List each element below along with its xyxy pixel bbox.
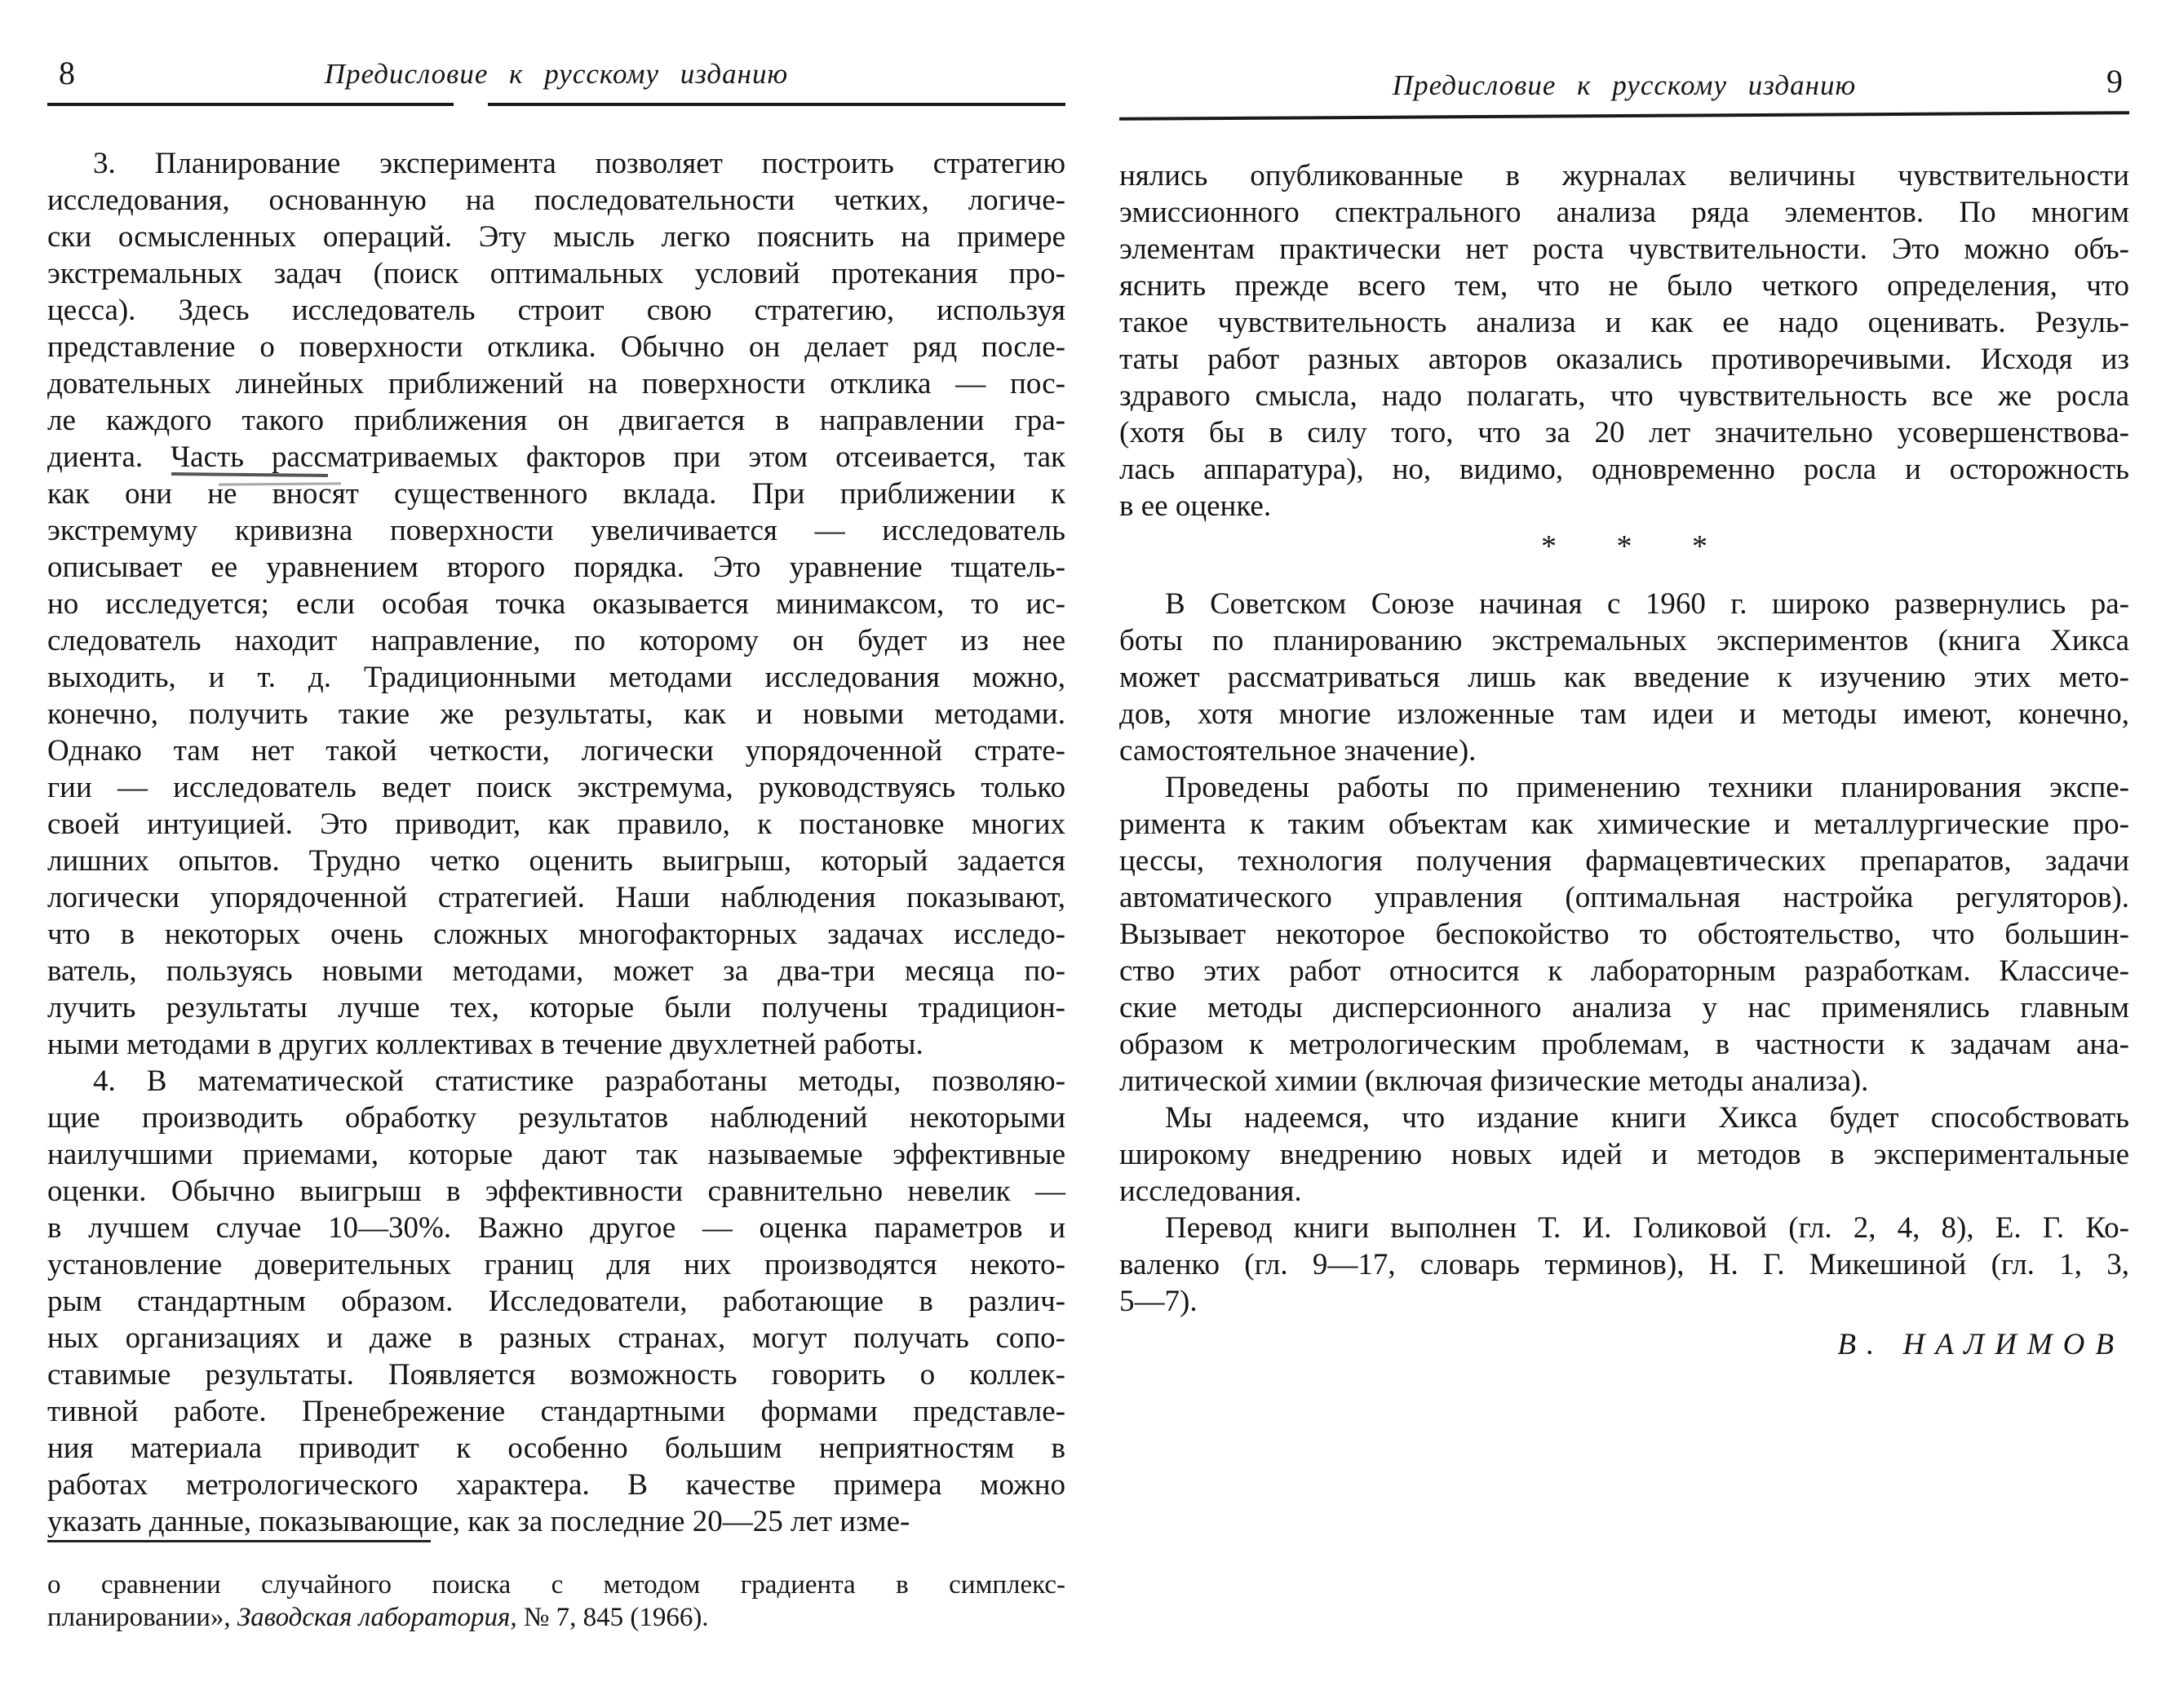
book-page-left: 8 Предисловие к русскому изданию 3. План… (47, 0, 1065, 1708)
running-header-title: Предисловие к русскому изданию (47, 57, 1065, 91)
text-line: что в некоторых очень сложных многофакто… (47, 916, 1065, 953)
text-line: как они не вносят существенного вклада. … (47, 476, 1065, 512)
text-line: ными методами в других коллективах в теч… (47, 1026, 1065, 1063)
journal-title: Заводская лаборатория, (237, 1603, 517, 1632)
text-line: ски осмысленных операций. Эту мысль легк… (47, 219, 1065, 255)
text-line: широкому внедрению новых идей и методов … (1119, 1136, 2129, 1173)
body-text: нялись опубликованные в журналах величин… (1119, 157, 2129, 1363)
text-line: исследования. (1119, 1173, 2129, 1210)
text-line: ния материала приводит к особенно больши… (47, 1430, 1065, 1467)
body-text: 3. Планирование эксперимента позволяет п… (47, 145, 1065, 1540)
footnote-text: планировании», (47, 1603, 237, 1632)
book-page-right: Предисловие к русскому изданию 9 нялись … (1119, 0, 2129, 1708)
header-rule (47, 103, 454, 106)
paragraph: В Советском Союзе начиная с 1960 г. широ… (1119, 586, 2129, 769)
text-line: ватель, пользуясь новыми методами, может… (47, 953, 1065, 989)
text-line: гии — исследователь ведет поиск экстрему… (47, 769, 1065, 806)
text-line: здравого смысла, надо полагать, что чувс… (1119, 378, 2129, 414)
footnote: о сравнении случайного поиска с методом … (47, 1540, 1065, 1634)
paragraph: 4. В математической статистике разработа… (47, 1063, 1065, 1540)
text-line: может рассматриваться лишь как введение … (1119, 659, 2129, 696)
text-line: но исследуется; если особая точка оказыв… (47, 586, 1065, 622)
paragraph: Проведены работы по применению техники п… (1119, 769, 2129, 1100)
text-line: эмиссионного спектрального анализа ряда … (1119, 194, 2129, 231)
text-line: лишних опытов. Трудно четко оценить выиг… (47, 843, 1065, 879)
text-line: тивной работе. Пренебрежение стандартным… (47, 1393, 1065, 1430)
text-line: лась аппаратура), но, видимо, одновремен… (1119, 451, 2129, 488)
main-text-block: В Советском Союзе начиная с 1960 г. широ… (1119, 586, 2129, 1320)
text-line: логически упорядоченной стратегией. Наши… (47, 879, 1065, 916)
text-line: лучить результаты лучше тех, которые был… (47, 989, 1065, 1026)
text-line: ские методы дисперсионного анализа у нас… (1119, 989, 2129, 1026)
footnote-reference: № 7, 845 (1966). (517, 1603, 709, 1632)
text-line: самостоятельное значение). (1119, 732, 2129, 769)
text-line: яснить прежде всего тем, что не было чет… (1119, 268, 2129, 304)
text-line: цесса). Здесь исследователь строит свою … (47, 292, 1065, 329)
translator-signature: В. НАЛИМОВ (1119, 1326, 2129, 1363)
paragraph: 3. Планирование эксперимента позволяет п… (47, 145, 1065, 1063)
text-line: 3. Планирование эксперимента позволяет п… (47, 145, 1065, 182)
text-line: в ее оценке. (1119, 488, 2129, 524)
footnote-line: планировании», Заводская лаборатория, № … (47, 1601, 1065, 1634)
page-number: 9 (2106, 64, 2123, 100)
text-line: выходить, и т. д. Традиционными методами… (47, 659, 1065, 696)
text-line: ство этих работ относится к лабораторным… (1119, 953, 2129, 989)
text-line: боты по планированию экстремальных экспе… (1119, 622, 2129, 659)
text-line: нялись опубликованные в журналах величин… (1119, 157, 2129, 194)
text-line: установление доверительных границ для ни… (47, 1246, 1065, 1283)
text-line: рым стандартным образом. Исследователи, … (47, 1283, 1065, 1320)
text-line: диента. Часть рассматриваемых факторов п… (47, 439, 1065, 476)
continued-text-block: нялись опубликованные в журналах величин… (1119, 157, 2129, 524)
text-line: ных организациях и даже в разных странах… (47, 1320, 1065, 1356)
text-line: исследования, основанную на последовател… (47, 182, 1065, 219)
text-line: в лучшем случае 10—30%. Важно другое — о… (47, 1210, 1065, 1246)
text-line: таты работ разных авторов оказались прот… (1119, 341, 2129, 378)
footnote-line: о сравнении случайного поиска с методом … (47, 1569, 1065, 1601)
text-line: элементам практически нет роста чувствит… (1119, 231, 2129, 268)
text-line: экстремуму кривизна поверхности увеличив… (47, 512, 1065, 549)
text-line: экстремальных задач (поиск оптимальных у… (47, 255, 1065, 292)
text-line: конечно, получить такие же результаты, к… (47, 696, 1065, 732)
paragraph: Перевод книги выполнен Т. И. Голиковой (… (1119, 1210, 2129, 1320)
text-line: Проведены работы по применению техники п… (1119, 769, 2129, 806)
header-rule (1119, 111, 2129, 121)
header-rule (488, 103, 1065, 106)
text-line: указать данные, показывающие, как за пос… (47, 1503, 1065, 1540)
text-line: автоматического управления (оптимальная … (1119, 879, 2129, 916)
text-line: дов, хотя многие изложенные там идеи и м… (1119, 696, 2129, 732)
running-header-title: Предисловие к русскому изданию (1119, 69, 2129, 103)
text-line: довательных линейных приближений на пове… (47, 365, 1065, 402)
text-line: Перевод книги выполнен Т. И. Голиковой (… (1119, 1210, 2129, 1246)
text-line: щие производить обработку результатов на… (47, 1100, 1065, 1136)
text-line: образом к метрологическим проблемам, в ч… (1119, 1026, 2129, 1063)
paragraph: Мы надеемся, что издание книги Хикса буд… (1119, 1100, 2129, 1210)
text-line: 4. В математической статистике разработа… (47, 1063, 1065, 1100)
paragraph: нялись опубликованные в журналах величин… (1119, 157, 2129, 524)
text-line: римента к таким объектам как химические … (1119, 806, 2129, 843)
text-line: литической химии (включая физические мет… (1119, 1063, 2129, 1100)
text-line: такое чувствительность анализа и как ее … (1119, 304, 2129, 341)
text-line: ле каждого такого приближения он двигает… (47, 402, 1065, 439)
section-separator: * * * (1119, 529, 2129, 565)
text-line: ставимые результаты. Появляется возможно… (47, 1356, 1065, 1393)
text-line: Однако там нет такой четкости, логически… (47, 732, 1065, 769)
text-line: Вызывает некоторое беспокойство то обсто… (1119, 916, 2129, 953)
text-line: следователь находит направление, по кото… (47, 622, 1065, 659)
text-line: Мы надеемся, что издание книги Хикса буд… (1119, 1100, 2129, 1136)
text-line: валенко (гл. 9—17, словарь терминов), Н.… (1119, 1246, 2129, 1283)
text-line: оценки. Обычно выигрыш в эффективности с… (47, 1173, 1065, 1210)
footnote-rule (47, 1540, 431, 1542)
text-line: 5—7). (1119, 1283, 2129, 1320)
text-line: В Советском Союзе начиная с 1960 г. широ… (1119, 586, 2129, 622)
text-line: цессы, технология получения фармацевтиче… (1119, 843, 2129, 879)
text-line: наилучшими приемами, которые дают так на… (47, 1136, 1065, 1173)
text-line: работах метрологического характера. В ка… (47, 1467, 1065, 1503)
text-line: представление о поверхности отклика. Обы… (47, 329, 1065, 365)
text-line: своей интуицией. Это приводит, как прави… (47, 806, 1065, 843)
text-line: (хотя бы в силу того, что за 20 лет знач… (1119, 414, 2129, 451)
text-line: описывает ее уравнением второго порядка.… (47, 549, 1065, 586)
